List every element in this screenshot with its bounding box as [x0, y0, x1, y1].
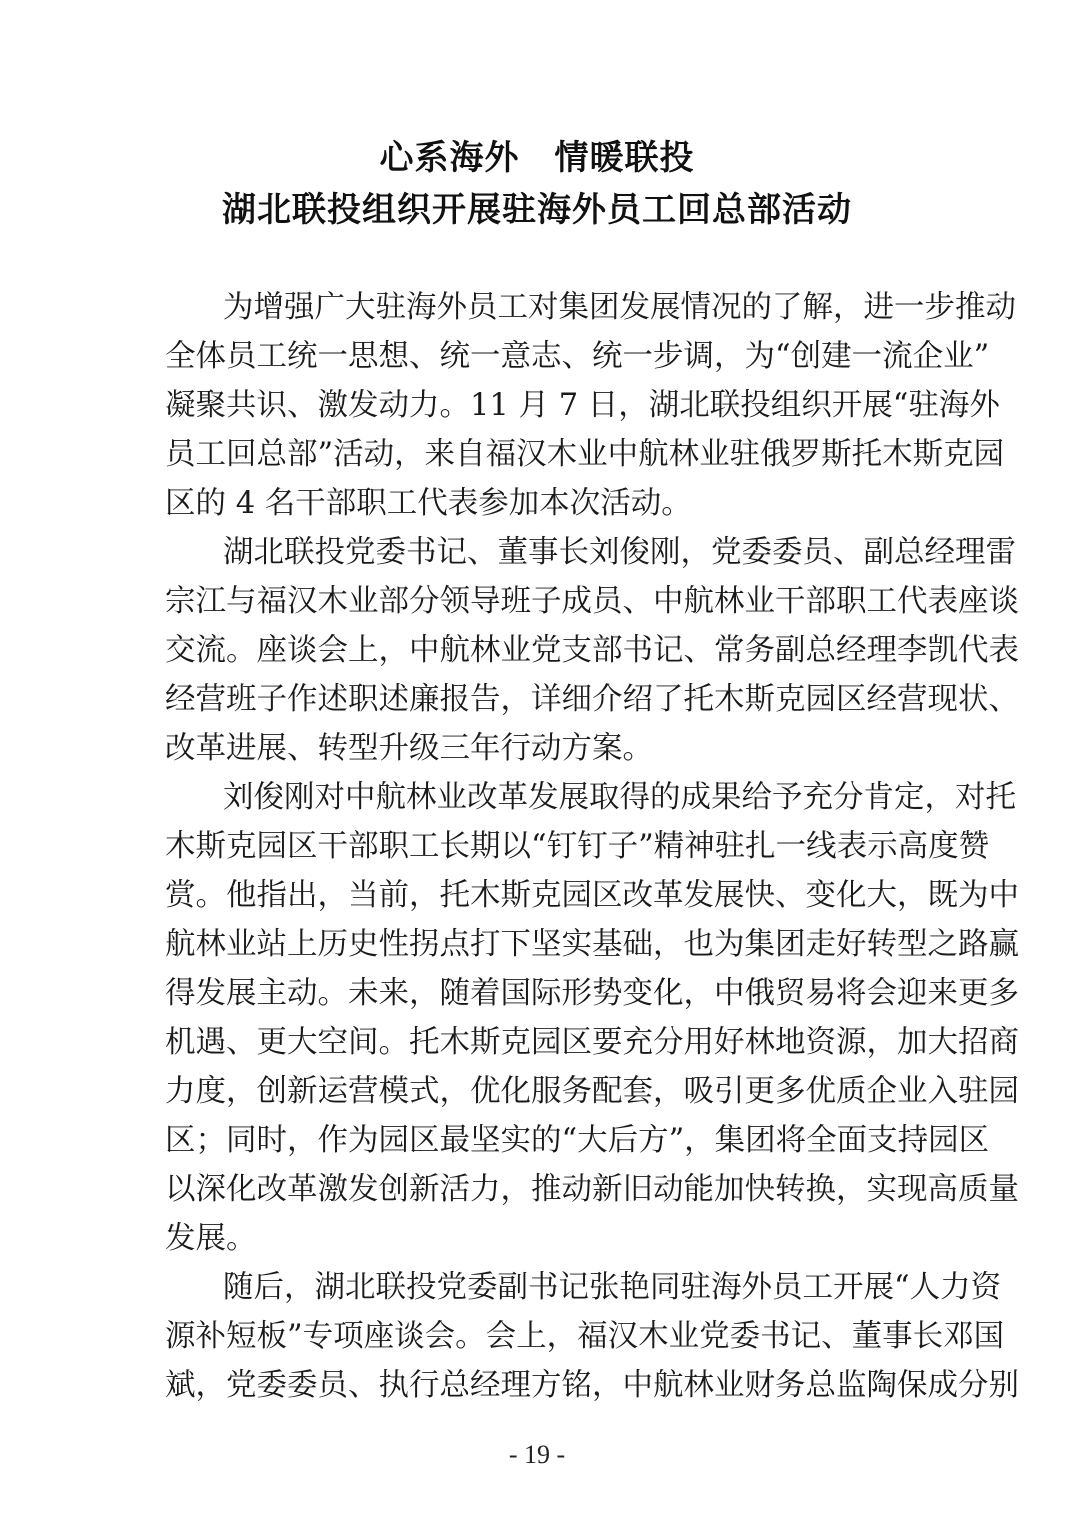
document-page: 心系海外 情暖联投 湖北联投组织开展驻海外员工回总部活动 为增强广大驻海外员工对… [0, 0, 1074, 1520]
page-number: - 19 - [0, 1440, 1074, 1470]
paragraph-4-line-3: 斌，党委委员、执行总经理方铭，中航林业财务总监陶保成分别 [165, 1361, 915, 1410]
paragraph-2-line-1: 湖北联投党委书记、董事长刘俊刚，党委委员、副总经理雷 [165, 528, 915, 577]
paragraph-3-line-4: 航林业站上历史性拐点打下坚实基础，也为集团走好转型之路赢 [165, 920, 915, 969]
paragraph-2-line-5: 改革进展、转型升级三年行动方案。 [165, 724, 915, 773]
title-line-2: 湖北联投组织开展驻海外员工回总部活动 [0, 190, 1074, 230]
paragraph-2-line-4: 经营班子作述职述廉报告，详细介绍了托木斯克园区经营现状、 [165, 675, 915, 724]
paragraph-1-line-3: 凝聚共识、激发动力。11 月 7 日，湖北联投组织开展“驻海外 [165, 381, 915, 430]
title-line-1: 心系海外 情暖联投 [0, 138, 1074, 178]
paragraph-3-line-7: 力度，创新运营模式，优化服务配套，吸引更多优质企业入驻园 [165, 1067, 915, 1116]
paragraph-3-line-2: 木斯克园区干部职工长期以“钉钉子”精神驻扎一线表示高度赞 [165, 822, 915, 871]
paragraph-1-line-1: 为增强广大驻海外员工对集团发展情况的了解，进一步推动 [165, 283, 915, 332]
paragraph-3-line-1: 刘俊刚对中航林业改革发展取得的成果给予充分肯定，对托 [165, 773, 915, 822]
paragraph-3-line-10: 发展。 [165, 1214, 915, 1263]
article-body: 为增强广大驻海外员工对集团发展情况的了解，进一步推动 全体员工统一思想、统一意志… [165, 283, 915, 1410]
paragraph-3-line-9: 以深化改革激发创新活力，推动新旧动能加快转换，实现高质量 [165, 1165, 915, 1214]
paragraph-3-line-6: 机遇、更大空间。托木斯克园区要充分用好林地资源，加大招商 [165, 1018, 915, 1067]
paragraph-1-line-2: 全体员工统一思想、统一意志、统一步调，为“创建一流企业” [165, 332, 915, 381]
paragraph-4-line-1: 随后，湖北联投党委副书记张艳同驻海外员工开展“人力资 [165, 1263, 915, 1312]
paragraph-3-line-5: 得发展主动。未来，随着国际形势变化，中俄贸易将会迎来更多 [165, 969, 915, 1018]
paragraph-2-line-2: 宗江与福汉木业部分领导班子成员、中航林业干部职工代表座谈 [165, 577, 915, 626]
paragraph-3-line-3: 赏。他指出，当前，托木斯克园区改革发展快、变化大，既为中 [165, 871, 915, 920]
paragraph-2-line-3: 交流。座谈会上，中航林业党支部书记、常务副总经理李凯代表 [165, 626, 915, 675]
paragraph-4-line-2: 源补短板”专项座谈会。会上，福汉木业党委书记、董事长邓国 [165, 1312, 915, 1361]
paragraph-1-line-4: 员工回总部”活动，来自福汉木业中航林业驻俄罗斯托木斯克园 [165, 430, 915, 479]
paragraph-1-line-5: 区的 4 名干部职工代表参加本次活动。 [165, 479, 915, 528]
paragraph-3-line-8: 区；同时，作为园区最坚实的“大后方”，集团将全面支持园区 [165, 1116, 915, 1165]
